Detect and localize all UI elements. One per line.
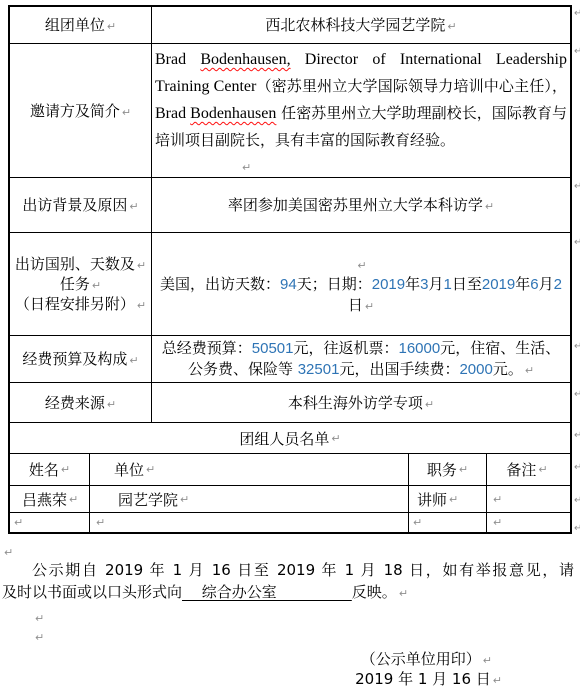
trip-label-line1: 出访国别、天数及 — [15, 255, 135, 273]
paragraph-mark: ↵ — [483, 654, 492, 667]
budget-line2: 公务费、保险等 32501元，出国手续费：2000元。 — [188, 360, 523, 378]
paragraph-mark: ↵ — [331, 433, 340, 444]
people-header-name: 姓名↵ — [10, 454, 90, 485]
table-row-trip: 出访国别、天数及↵ 任务↵ （日程安排另附）↵ ↵ 美国，出访天数：94天；日期… — [10, 233, 570, 336]
people-header-unit: 单位↵ — [90, 454, 409, 485]
table-row-background: 出访背景及原因↵ 率团参加美国密苏里州立大学本科访学↵ — [10, 178, 570, 233]
paragraph-mark: ↵ — [425, 398, 434, 411]
table-row-budget: 经费预算及构成↵ 总经费预算：50501元，往返机票：16000元，住宿、生活、… — [10, 336, 570, 383]
row-end-mark: ↵ — [574, 237, 580, 248]
funding-value: 本科生海外访学专项 — [288, 394, 423, 412]
seal-line: （公示单位用印）↵ — [0, 650, 580, 668]
seal-text: （公示单位用印） — [361, 650, 481, 668]
table-row-group-title: 团组人员名单↵ — [10, 423, 570, 454]
inviter-label: 邀请方及简介 — [30, 102, 120, 120]
empty-cell: ↵ — [10, 513, 90, 532]
row-end-mark: ↵ — [574, 341, 580, 352]
paragraph-mark: ↵ — [96, 517, 105, 528]
people-row: 吕燕荣↵ 园艺学院↵ 讲师↵ ↵ — [10, 486, 570, 513]
group-list-title: 团组人员名单 — [239, 428, 329, 449]
paragraph-mark: ↵ — [122, 106, 131, 119]
person-name: 吕燕荣 — [22, 489, 67, 510]
background-label: 出访背景及原因 — [22, 196, 127, 214]
paragraph-mark: ↵ — [449, 494, 458, 505]
paragraph-mark: ↵ — [14, 517, 23, 528]
people-header-row: 姓名↵ 单位↵ 职务↵ 备注↵ — [10, 454, 570, 486]
paragraph-mark: ↵ — [92, 279, 101, 292]
paragraph-mark: ↵ — [399, 587, 408, 600]
budget-value-cell: 总经费预算：50501元，往返机票：16000元，住宿、生活、 公务费、保险等 … — [152, 336, 570, 382]
paragraph-mark: ↵ — [35, 613, 44, 624]
person-title: 讲师 — [417, 489, 447, 510]
paragraph-mark: ↵ — [459, 464, 468, 475]
trip-label-line3: （日程安排另附） — [15, 295, 135, 313]
paragraph-mark: ↵ — [447, 20, 456, 33]
publicity-table: 组团单位↵ 西北农林科技大学园艺学院↵ 邀请方及简介↵ Brad Bodenha… — [8, 5, 572, 534]
table-row-inviter: 邀请方及简介↵ Brad Bodenhausen, Director of In… — [10, 44, 570, 178]
row-end-mark: ↵ — [574, 46, 580, 57]
row-end-mark: ↵ — [574, 495, 580, 506]
notice-line1: 公示期自 2019 年 1 月 16 日至 2019 年 1 月 18 日，如有… — [2, 559, 574, 581]
paragraph-mark: ↵ — [357, 259, 366, 272]
person-name-cell: 吕燕荣↵ — [10, 486, 90, 512]
funding-value-cell: 本科生海外访学专项↵ — [152, 383, 570, 422]
paragraph-mark: ↵ — [538, 464, 547, 475]
paragraph-mark: ↵ — [493, 517, 502, 528]
notice-line2: 及时以书面或以口头形式向 综合办公室 反映。↵ — [2, 581, 574, 603]
empty-cell: ↵ — [487, 513, 567, 532]
col-header-unit: 单位 — [114, 459, 144, 480]
person-notes-cell: ↵ — [487, 486, 567, 512]
person-unit-cell: 园艺学院↵ — [90, 486, 409, 512]
col-header-title: 职务 — [427, 459, 457, 480]
trip-label-line2: 任务 — [60, 275, 90, 293]
empty-cell: ↵ — [90, 513, 409, 532]
paragraph-mark: ↵ — [137, 259, 146, 272]
row-end-mark: ↵ — [574, 8, 580, 19]
paragraph-mark: ↵ — [137, 299, 146, 312]
notice-line2-text: 及时以书面或以口头形式向 综合办公室 反映。 — [2, 583, 397, 601]
paragraph-mark: ↵ — [493, 674, 502, 687]
budget-line1: 总经费预算：50501元，往返机票：16000元，住宿、生活、 — [162, 338, 560, 359]
paragraph-mark: ↵ — [525, 364, 534, 377]
trip-label-cell: 出访国别、天数及↵ 任务↵ （日程安排另附）↵ — [10, 233, 152, 335]
document-page: 组团单位↵ 西北农林科技大学园艺学院↵ 邀请方及简介↵ Brad Bodenha… — [0, 0, 580, 689]
inviter-label-cell: 邀请方及简介↵ — [10, 44, 152, 177]
paragraph-mark: ↵ — [61, 464, 70, 475]
paragraph-mark: ↵ — [107, 20, 116, 33]
date-line: 2019 年 1 月 16 日↵ — [0, 670, 580, 688]
people-header-title: 职务↵ — [409, 454, 487, 485]
group-list-title-cell: 团组人员名单↵ — [10, 423, 570, 453]
date-text: 2019 年 1 月 16 日 — [355, 670, 491, 688]
paragraph-mark: ↵ — [146, 464, 155, 475]
paragraph-mark: ↵ — [129, 200, 138, 213]
paragraph-mark: ↵ — [413, 517, 422, 528]
notice-paragraph: 公示期自 2019 年 1 月 16 日至 2019 年 1 月 18 日，如有… — [2, 559, 574, 603]
row-end-mark: ↵ — [574, 523, 580, 534]
col-header-notes: 备注 — [506, 459, 536, 480]
trip-value-line2: 日 — [348, 296, 363, 314]
funding-label: 经费来源 — [45, 394, 105, 412]
inviter-description: Brad Bodenhausen, Director of Internatio… — [152, 44, 570, 154]
trip-value-line1: 美国，出访天数：94天；日期：2019年3月1日至2019年6月2 — [160, 274, 562, 295]
paragraph-mark: ↵ — [107, 398, 116, 411]
row-end-mark: ↵ — [574, 430, 580, 441]
person-title-cell: 讲师↵ — [409, 486, 487, 512]
organizer-label: 组团单位 — [45, 16, 105, 34]
paragraph-mark: ↵ — [180, 494, 189, 505]
table-row-funding: 经费来源↵ 本科生海外访学专项↵ — [10, 383, 570, 423]
people-header-notes: 备注↵ — [487, 454, 567, 485]
background-value-cell: 率团参加美国密苏里州立大学本科访学↵ — [152, 178, 570, 232]
funding-label-cell: 经费来源↵ — [10, 383, 152, 422]
trip-value-cell: ↵ 美国，出访天数：94天；日期：2019年3月1日至2019年6月2 日↵ — [152, 233, 570, 335]
background-value: 率团参加美国密苏里州立大学本科访学 — [228, 196, 483, 214]
paragraph-mark: ↵ — [129, 354, 138, 367]
paragraph-mark: ↵ — [485, 200, 494, 213]
row-end-mark: ↵ — [574, 462, 580, 473]
col-header-name: 姓名 — [29, 459, 59, 480]
paragraph-mark: ↵ — [493, 494, 502, 505]
table-row-organizer: 组团单位↵ 西北农林科技大学园艺学院↵ — [10, 7, 570, 44]
paragraph-mark: ↵ — [242, 161, 251, 174]
row-end-mark: ↵ — [574, 389, 580, 400]
organizer-value-cell: 西北农林科技大学园艺学院↵ — [152, 7, 570, 43]
organizer-value: 西北农林科技大学园艺学院 — [265, 16, 445, 34]
paragraph-mark: ↵ — [69, 494, 78, 505]
empty-cell: ↵ — [409, 513, 487, 532]
paragraph-mark: ↵ — [365, 300, 374, 313]
people-empty-row: ↵ ↵ ↵ ↵ — [10, 513, 570, 532]
budget-label: 经费预算及构成 — [22, 350, 127, 368]
person-unit: 园艺学院 — [118, 489, 178, 510]
inviter-value-cell: Brad Bodenhausen, Director of Internatio… — [152, 44, 570, 177]
row-end-mark: ↵ — [574, 181, 580, 192]
paragraph-mark: ↵ — [4, 547, 13, 558]
organizer-label-cell: 组团单位↵ — [10, 7, 152, 43]
paragraph-mark: ↵ — [35, 632, 44, 643]
background-label-cell: 出访背景及原因↵ — [10, 178, 152, 232]
budget-label-cell: 经费预算及构成↵ — [10, 336, 152, 382]
